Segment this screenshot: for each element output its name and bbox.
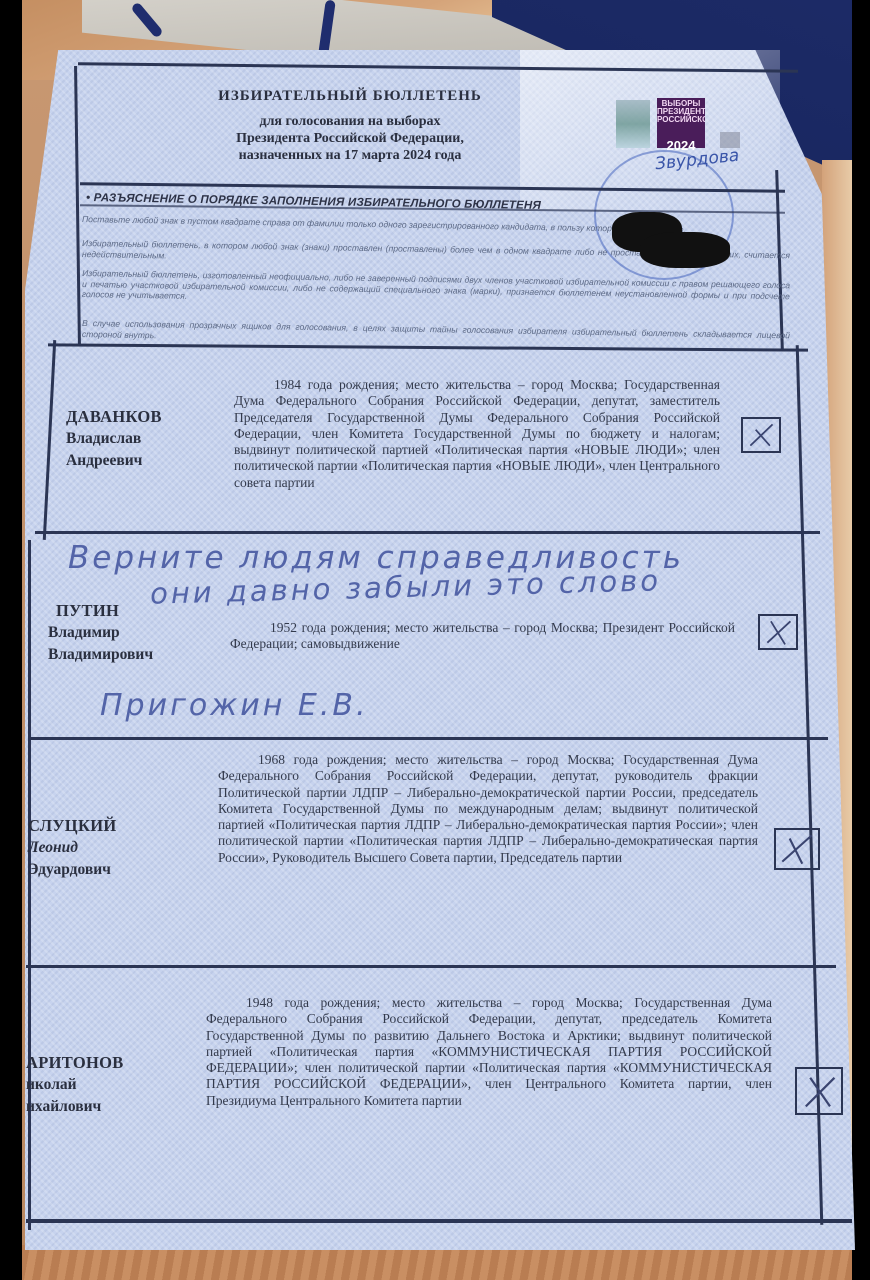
ballot-subtitle: для голосования на выборах Президента Ро…	[140, 113, 560, 164]
candidate-name: АРИТОНОВ иколай ихайлович	[26, 1052, 124, 1118]
vote-checkbox[interactable]	[741, 417, 781, 453]
ballot-header: ИЗБИРАТЕЛЬНЫЙ БЮЛЛЕТЕНЬ для голосования …	[140, 88, 560, 164]
hologram-icon	[616, 100, 650, 148]
candidate-name: СЛУЦКИЙ Леонид Эдуардович	[28, 815, 116, 881]
cross-mark-icon	[743, 419, 779, 451]
handwritten-signature: Пригожин Е.В.	[100, 688, 369, 723]
candidate-name: ПУТИН Владимир Владимирович	[48, 600, 153, 666]
divider	[26, 965, 836, 968]
vote-checkbox[interactable]	[758, 614, 798, 650]
redaction-mark	[640, 232, 730, 268]
cross-mark-icon	[776, 830, 818, 868]
candidate-name: ДАВАНКОВ Владислав Андреевич	[66, 406, 162, 472]
table-surface	[22, 1245, 852, 1280]
ballot-title: ИЗБИРАТЕЛЬНЫЙ БЮЛЛЕТЕНЬ	[140, 88, 560, 105]
frame-bottom-line	[26, 1219, 852, 1223]
vote-checkbox[interactable]	[795, 1067, 843, 1115]
candidate-bio: 1984 года рождения; место жительства – г…	[234, 377, 720, 491]
frame-left-line	[28, 540, 31, 1230]
candidate-bio: 1952 года рождения; место жительства – г…	[230, 620, 735, 653]
divider	[28, 737, 828, 740]
divider	[35, 531, 820, 534]
cross-mark-icon	[760, 616, 796, 648]
cross-mark-icon	[797, 1069, 841, 1113]
vote-checkbox[interactable]	[774, 828, 820, 870]
candidate-bio: 1948 года рождения; место жительства – г…	[206, 995, 772, 1109]
candidate-bio: 1968 года рождения; место жительства – г…	[218, 752, 758, 866]
election-logo: ВЫБОРЫ ПРЕЗИДЕНТА РОССИЙСКОЙ ФЕДЕРАЦИИ 2…	[657, 98, 705, 148]
